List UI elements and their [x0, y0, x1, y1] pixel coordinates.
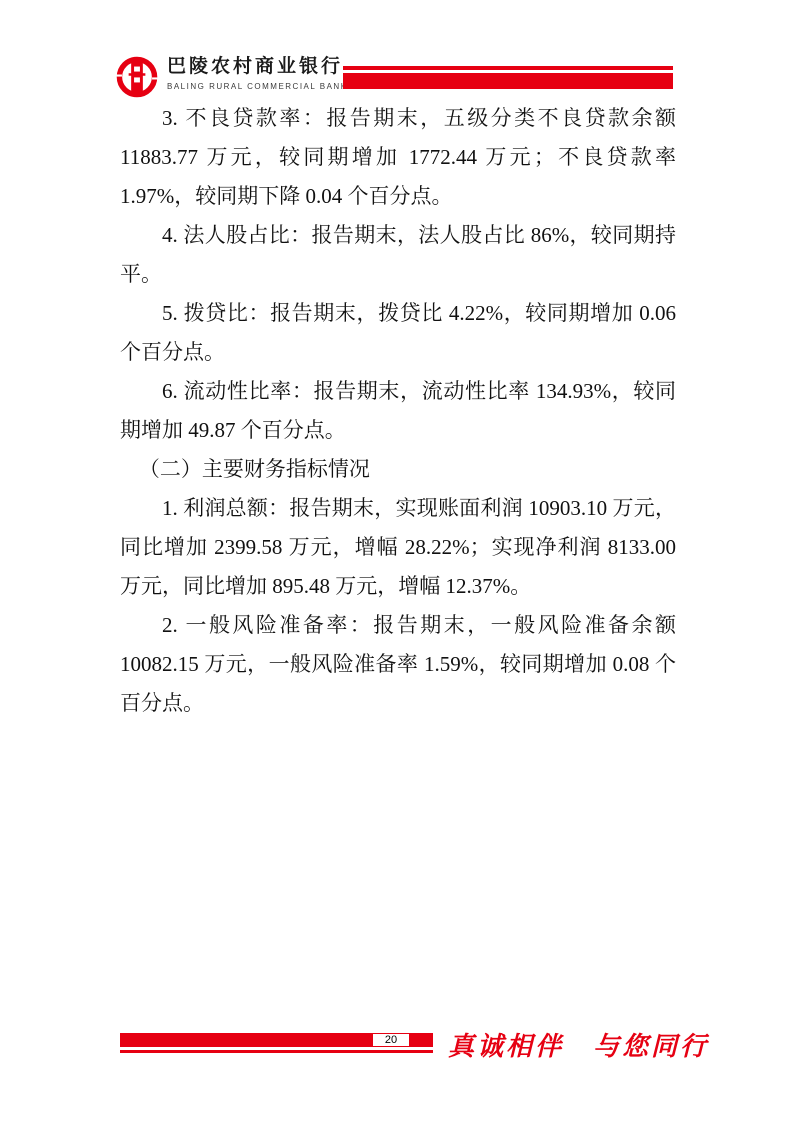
bank-name-en: BALING RURAL COMMERCIAL BANK — [167, 82, 348, 91]
bank-name-cn: 巴陵农村商业银行 — [167, 57, 348, 78]
footer-rule-thick: 20 — [120, 1033, 433, 1047]
paragraph-liquidity-ratio: 6. 流动性比率：报告期末，流动性比率 134.93%，较同期增加 49.87 … — [120, 372, 676, 450]
footer-rule-thin — [120, 1050, 433, 1053]
report-body: 3. 不良贷款率：报告期末，五级分类不良贷款余额 11883.77 万元，较同期… — [120, 99, 676, 723]
header-rule-thin — [343, 66, 673, 70]
header-rule — [343, 66, 673, 89]
paragraph-provision-loan-ratio: 5. 拨贷比：报告期末，拨贷比 4.22%，较同期增加 0.06 个百分点。 — [120, 294, 676, 372]
page-number: 20 — [373, 1034, 409, 1046]
bank-logo-icon — [116, 54, 158, 100]
report-page: 巴陵农村商业银行 BALING RURAL COMMERCIAL BANK 3.… — [0, 0, 793, 1122]
paragraph-general-risk-reserve: 2. 一般风险准备率：报告期末，一般风险准备余额 10082.15 万元，一般风… — [120, 606, 676, 723]
header-rule-thick — [343, 73, 673, 89]
paragraph-total-profit: 1. 利润总额：报告期末，实现账面利润 10903.10 万元，同比增加 239… — [120, 489, 676, 606]
section-heading-financial-indicators: （二）主要财务指标情况 — [120, 450, 676, 489]
footer-slogan: 真诚相伴 与您同行 — [448, 1026, 709, 1063]
paragraph-corporate-share: 4. 法人股占比：报告期末，法人股占比 86%，较同期持平。 — [120, 216, 676, 294]
paragraph-npl-ratio: 3. 不良贷款率：报告期末，五级分类不良贷款余额 11883.77 万元，较同期… — [120, 99, 676, 216]
bank-name-block: 巴陵农村商业银行 BALING RURAL COMMERCIAL BANK — [167, 57, 348, 91]
